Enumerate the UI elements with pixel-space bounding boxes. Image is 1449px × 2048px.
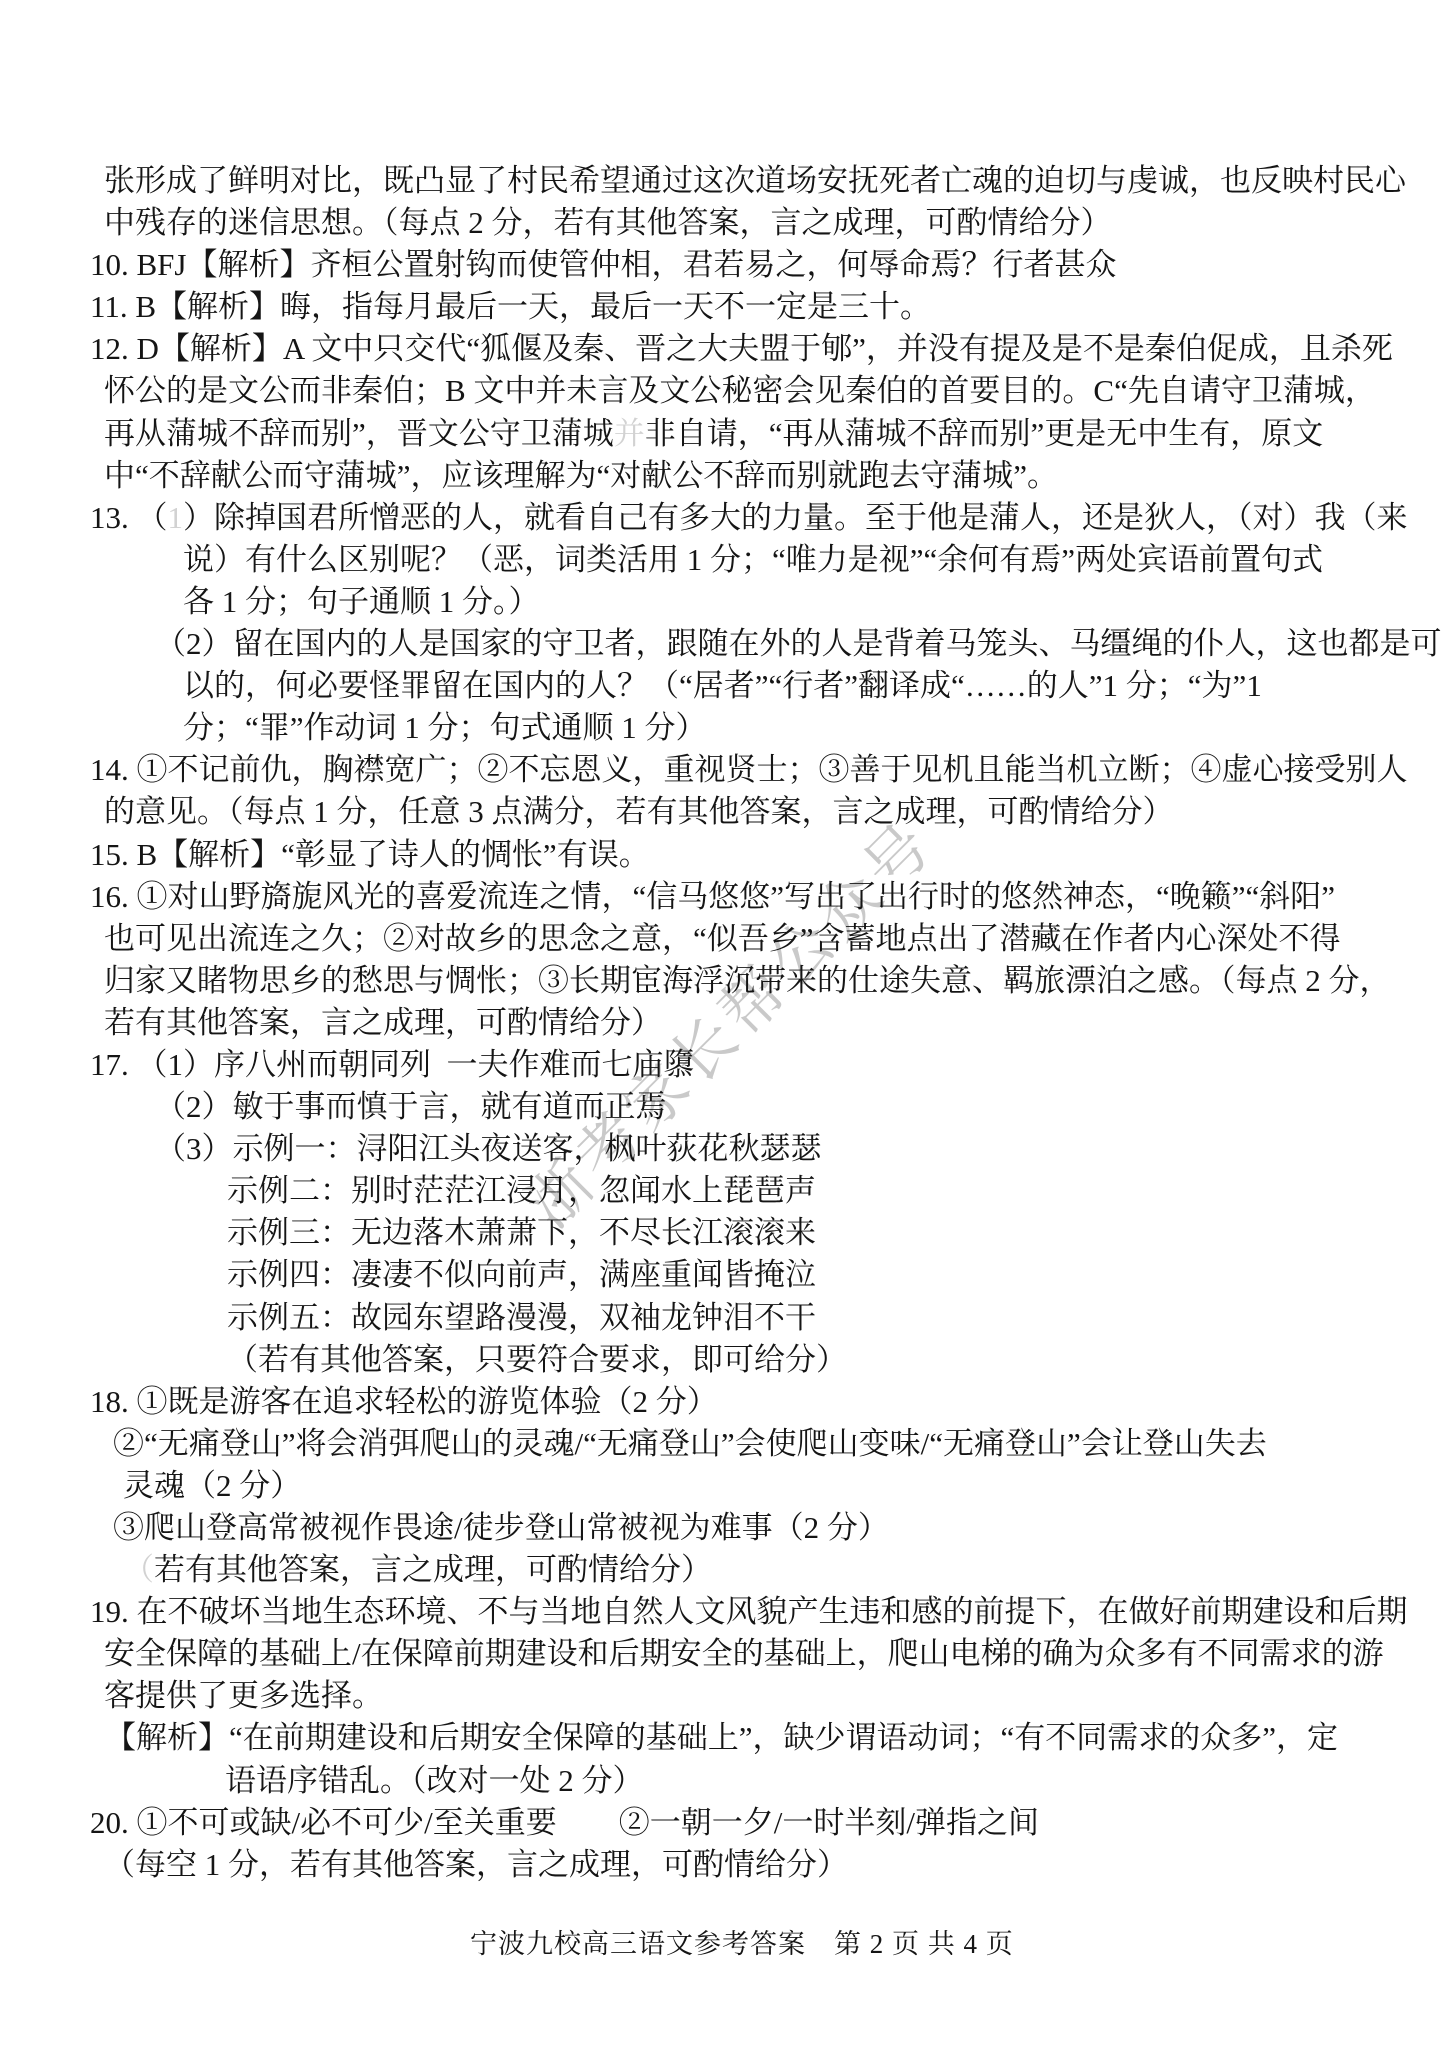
text-line: （若有其他答案，只要符合要求，即可给分）: [0, 1339, 1449, 1381]
text-line: 18. ①既是游客在追求轻松的游览体验（2 分）: [0, 1381, 1449, 1423]
line-text: 17. （1）序八州而朝同列 一夫作难而七庙隳: [90, 1047, 695, 1082]
line-text: 归家又睹物思乡的愁思与惆怅；③长期宦海浮沉带来的仕途失意、羁旅漂泊之感。（每点 …: [104, 963, 1391, 998]
line-text: 16. ①对山野旖旎风光的喜爱流连之情，“信马悠悠”写出了出行时的悠然神态，“晚…: [90, 879, 1335, 914]
text-line: （3）示例一：浔阳江头夜送客，枫叶荻花秋瑟瑟: [0, 1128, 1449, 1170]
line-text: 13. （: [90, 500, 168, 535]
text-line: 再从蒲城不辞而别”，晋文公守卫蒲城并非自请，“再从蒲城不辞而别”更是无中生有，原…: [0, 413, 1449, 455]
faint-character: 并: [614, 416, 645, 451]
text-line: 客提供了更多选择。: [0, 1675, 1449, 1717]
line-text: 示例四：凄凄不似向前声，满座重闻皆掩泣: [227, 1257, 816, 1292]
line-text: 20. ①不可或缺/必不可少/至关重要 ②一朝一夕/一时半刻/弹指之间: [90, 1805, 1039, 1840]
text-line: 的意见。（每点 1 分，任意 3 点满分，若有其他答案，言之成理，可酌情给分）: [0, 791, 1449, 833]
text-line: ③爬山登高常被视作畏途/徒步登山常被视为难事（2 分）: [0, 1507, 1449, 1549]
text-line: 10. BFJ【解析】齐桓公置射钩而使管仲相，君若易之，何辱命焉？行者甚众: [0, 244, 1449, 286]
line-text: 19. 在不破坏当地生态环境、不与当地自然人文风貌产生违和感的前提下，在做好前期…: [90, 1594, 1408, 1629]
line-text: 中“不辞献公而守蒲城”，应该理解为“对献公不辞而别就跑去守蒲城”。: [104, 458, 1058, 493]
text-line: 13. （1）除掉国君所憎恶的人，就看自己有多大的力量。至于他是蒲人，还是狄人，…: [0, 497, 1449, 539]
text-line: 中“不辞献公而守蒲城”，应该理解为“对献公不辞而别就跑去守蒲城”。: [0, 455, 1449, 497]
text-line: 灵魂（2 分）: [0, 1465, 1449, 1507]
line-text: 12. D【解析】A 文中只交代“狐偃及秦、晋之大夫盟于郇”，并没有提及是不是秦…: [90, 331, 1393, 366]
text-line: 说）有什么区别呢？（恶，词类活用 1 分；“唯力是视”“余何有焉”两处宾语前置句…: [0, 539, 1449, 581]
line-text: 18. ①既是游客在追求轻松的游览体验（2 分）: [90, 1384, 718, 1419]
line-text: 10. BFJ【解析】齐桓公置射钩而使管仲相，君若易之，何辱命焉？行者甚众: [90, 247, 1116, 282]
line-text: （若有其他答案，只要符合要求，即可给分）: [227, 1342, 847, 1377]
text-line: 16. ①对山野旖旎风光的喜爱流连之情，“信马悠悠”写出了出行时的悠然神态，“晚…: [0, 876, 1449, 918]
text-line: 17. （1）序八州而朝同列 一夫作难而七庙隳: [0, 1044, 1449, 1086]
line-text: 非自请，“再从蒲城不辞而别”更是无中生有，原文: [645, 416, 1324, 451]
text-line: 安全保障的基础上/在保障前期建设和后期安全的基础上，爬山电梯的确为众多有不同需求…: [0, 1633, 1449, 1675]
text-line: （2）留在国内的人是国家的守卫者，跟随在外的人是背着马笼头、马缰绳的仆人，这也都…: [0, 623, 1449, 665]
line-text: （每空 1 分，若有其他答案，言之成理，可酌情给分）: [104, 1847, 848, 1882]
text-line: 示例五：故园东望路漫漫，双袖龙钟泪不干: [0, 1297, 1449, 1339]
text-line: 15. B【解析】“彰显了诗人的惆怅”有误。: [0, 834, 1449, 876]
line-text: 15. B【解析】“彰显了诗人的惆怅”有误。: [90, 837, 650, 872]
line-text: ②“无痛登山”将会消弭爬山的灵魂/“无痛登山”会使爬山变味/“无痛登山”会让登山…: [113, 1426, 1267, 1461]
text-line: 11. B【解析】晦，指每月最后一天，最后一天不一定是三十。: [0, 286, 1449, 328]
page-footer: 宁波九校高三语文参考答案第 2 页 共 4 页: [470, 1922, 1014, 1961]
line-text: 示例五：故园东望路漫漫，双袖龙钟泪不干: [227, 1300, 816, 1335]
line-text: 怀公的是文公而非秦伯；B 文中并未言及文公秘密会见秦伯的首要目的。C“先自请守卫…: [104, 373, 1376, 408]
text-line: 语语序错乱。（改对一处 2 分）: [0, 1760, 1449, 1802]
answer-lines: 张形成了鲜明对比，既凸显了村民希望通过这次道场安抚死者亡魂的迫切与虔诚，也反映村…: [0, 160, 1449, 1886]
text-line: 也可见出流连之久；②对故乡的思念之意，“似吾乡”含蓄地点出了潜藏在作者内心深处不…: [0, 918, 1449, 960]
line-text: （2）留在国内的人是国家的守卫者，跟随在外的人是背着马笼头、马缰绳的仆人，这也都…: [155, 626, 1442, 661]
line-text: 分；“罪”作动词 1 分；句式通顺 1 分）: [183, 710, 707, 745]
line-text: 14. ①不记前仇，胸襟宽广；②不忘恩义，重视贤士；③善于见机且能当机立断；④虚…: [90, 752, 1408, 787]
line-text: 张形成了鲜明对比，既凸显了村民希望通过这次道场安抚死者亡魂的迫切与虔诚，也反映村…: [104, 163, 1406, 198]
line-text: 以的，何必要怪罪留在国内的人？（“居者”“行者”翻译成“……的人”1 分；“为”…: [183, 668, 1262, 703]
line-text: 的意见。（每点 1 分，任意 3 点满分，若有其他答案，言之成理，可酌情给分）: [104, 794, 1174, 829]
text-line: 若有其他答案，言之成理，可酌情给分）: [0, 1002, 1449, 1044]
line-text: 灵魂（2 分）: [123, 1468, 301, 1503]
line-text: 再从蒲城不辞而别”，晋文公守卫蒲城: [104, 416, 614, 451]
footer-title: 宁波九校高三语文参考答案: [470, 1929, 806, 1959]
text-line: 20. ①不可或缺/必不可少/至关重要 ②一朝一夕/一时半刻/弹指之间: [0, 1802, 1449, 1844]
text-line: （2）敏于事而慎于言，就有道而正焉: [0, 1086, 1449, 1128]
text-line: 怀公的是文公而非秦伯；B 文中并未言及文公秘密会见秦伯的首要目的。C“先自请守卫…: [0, 370, 1449, 412]
document-page: 浙考家长帮公众号 张形成了鲜明对比，既凸显了村民希望通过这次道场安抚死者亡魂的迫…: [0, 0, 1449, 2048]
faint-character: 1: [168, 500, 184, 535]
faint-character: （: [123, 1552, 154, 1587]
line-text: 也可见出流连之久；②对故乡的思念之意，“似吾乡”含蓄地点出了潜藏在作者内心深处不…: [104, 921, 1341, 956]
line-text: （3）示例一：浔阳江头夜送客，枫叶荻花秋瑟瑟: [155, 1131, 822, 1166]
line-text: 示例二：别时茫茫江浸月，忽闻水上琵琶声: [227, 1173, 816, 1208]
line-text: 说）有什么区别呢？（恶，词类活用 1 分；“唯力是视”“余何有焉”两处宾语前置句…: [183, 542, 1323, 577]
line-text: 示例三：无边落木萧萧下，不尽长江滚滚来: [227, 1215, 816, 1250]
line-text: ）除掉国君所憎恶的人，就看自己有多大的力量。至于他是蒲人，还是狄人，（对）我（来: [183, 500, 1408, 535]
text-line: 各 1 分；句子通顺 1 分。）: [0, 581, 1449, 623]
text-line: 以的，何必要怪罪留在国内的人？（“居者”“行者”翻译成“……的人”1 分；“为”…: [0, 665, 1449, 707]
text-line: （每空 1 分，若有其他答案，言之成理，可酌情给分）: [0, 1844, 1449, 1886]
text-line: 12. D【解析】A 文中只交代“狐偃及秦、晋之大夫盟于郇”，并没有提及是不是秦…: [0, 328, 1449, 370]
line-text: 各 1 分；句子通顺 1 分。）: [183, 584, 540, 619]
text-line: 19. 在不破坏当地生态环境、不与当地自然人文风貌产生违和感的前提下，在做好前期…: [0, 1591, 1449, 1633]
line-text: 客提供了更多选择。: [104, 1678, 383, 1713]
line-text: 安全保障的基础上/在保障前期建设和后期安全的基础上，爬山电梯的确为众多有不同需求…: [104, 1636, 1384, 1671]
line-text: 【解析】“在前期建设和后期安全保障的基础上”，缺少谓语动词；“有不同需求的众多”…: [105, 1720, 1338, 1755]
text-line: 示例三：无边落木萧萧下，不尽长江滚滚来: [0, 1212, 1449, 1254]
text-line: 分；“罪”作动词 1 分；句式通顺 1 分）: [0, 707, 1449, 749]
line-text: 若有其他答案，言之成理，可酌情给分）: [104, 1005, 662, 1040]
line-text: ③爬山登高常被视作畏途/徒步登山常被视为难事（2 分）: [113, 1510, 889, 1545]
line-text: 语语序错乱。（改对一处 2 分）: [225, 1763, 644, 1798]
text-line: 示例二：别时茫茫江浸月，忽闻水上琵琶声: [0, 1170, 1449, 1212]
text-line: 中残存的迷信思想。（每点 2 分，若有其他答案，言之成理，可酌情给分）: [0, 202, 1449, 244]
footer-page-info: 第 2 页 共 4 页: [834, 1929, 1014, 1959]
line-text: 中残存的迷信思想。（每点 2 分，若有其他答案，言之成理，可酌情给分）: [104, 205, 1112, 240]
line-text: 若有其他答案，言之成理，可酌情给分）: [154, 1552, 712, 1587]
text-line: （若有其他答案，言之成理，可酌情给分）: [0, 1549, 1449, 1591]
line-text: 11. B【解析】晦，指每月最后一天，最后一天不一定是三十。: [90, 289, 931, 324]
text-line: 归家又睹物思乡的愁思与惆怅；③长期宦海浮沉带来的仕途失意、羁旅漂泊之感。（每点 …: [0, 960, 1449, 1002]
line-text: （2）敏于事而慎于言，就有道而正焉: [155, 1089, 667, 1124]
text-line: 【解析】“在前期建设和后期安全保障的基础上”，缺少谓语动词；“有不同需求的众多”…: [0, 1717, 1449, 1759]
text-line: 示例四：凄凄不似向前声，满座重闻皆掩泣: [0, 1254, 1449, 1296]
text-line: ②“无痛登山”将会消弭爬山的灵魂/“无痛登山”会使爬山变味/“无痛登山”会让登山…: [0, 1423, 1449, 1465]
text-line: 张形成了鲜明对比，既凸显了村民希望通过这次道场安抚死者亡魂的迫切与虔诚，也反映村…: [0, 160, 1449, 202]
text-line: 14. ①不记前仇，胸襟宽广；②不忘恩义，重视贤士；③善于见机且能当机立断；④虚…: [0, 749, 1449, 791]
